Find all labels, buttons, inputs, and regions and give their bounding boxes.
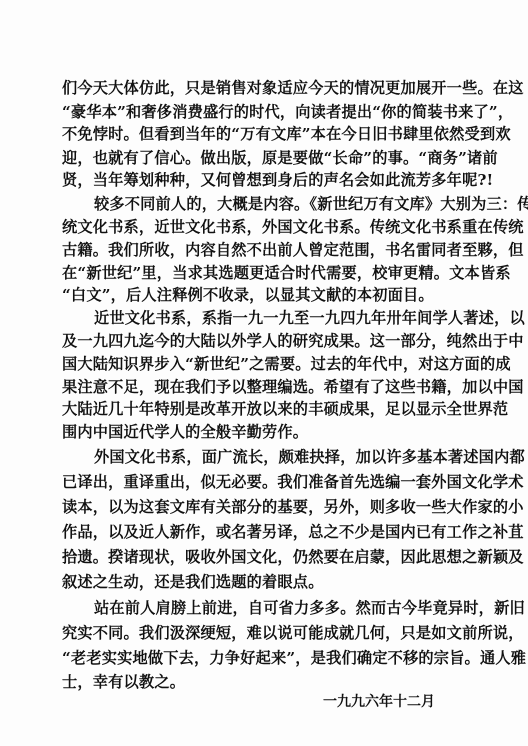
- text-line: 们今天大体仿此，只是销售对象适应今天的情况更加展开一些。在这: [62, 77, 455, 99]
- text-line: 围内中国近代学人的全般辛勤劳作。: [62, 421, 455, 443]
- text-line: 究实不同。我们汲深绠短，难以说可能成就几何，只是如文前所说，: [62, 622, 455, 644]
- text-line: 较多不同前人的，大概是内容。《新世纪万有文库》大别为三：传: [62, 193, 455, 215]
- document-page: 们今天大体仿此，只是销售对象适应今天的情况更加展开一些。在这“豪华本”和奢侈消费…: [0, 0, 528, 746]
- text-line: 大陆近几十年特别是改革开放以来的丰硕成果，足以显示全世界范: [62, 398, 455, 420]
- text-line: 读本，以为这套文库有关部分的基要，另外，则多收一些大作家的小: [62, 496, 455, 518]
- text-line: “老老实实地做下去，力争好起来”，是我们确定不移的宗旨。通人雅: [62, 647, 455, 669]
- text-line: 不免悖时。但看到当年的“万有文库”本在今日旧书肆里依然受到欢: [62, 123, 455, 145]
- text-line: 叙述之生动，还是我们选题的着眼点。: [62, 571, 455, 593]
- signature-date: 一九九六年十二月: [323, 691, 430, 713]
- text-line: 贤，当年筹划种种，又何曾想到身后的声名会如此流芳多年呢?!: [62, 169, 455, 191]
- text-line: 外国文化书系，面广流长，颇难抉择，加以许多基本著述国内都: [62, 446, 455, 468]
- text-line: 站在前人肩膀上前进，自可省力多多。然而古今毕竟异时，新旧: [62, 597, 455, 619]
- text-line: 统文化书系，近世文化书系，外国文化书系。传统文化书系重在传统: [62, 216, 455, 238]
- text-line: 在“新世纪”里，当求其选题更适合时代需要，校审更精。文本皆系: [62, 262, 455, 284]
- text-line: 国大陆知识界步入“新世纪”之需要。过去的年代中，对这方面的成: [62, 353, 455, 375]
- text-line: 及一九四九迄今的大陆以外学人的研究成果。这一部分，纯然出于中: [62, 330, 455, 352]
- text-line: “白文”，后人注释例不收录，以显其文献的本初面目。: [62, 284, 455, 306]
- text-line: 拾遗。揆诸现状，吸收外国文化，仍然要在启蒙，因此思想之新颖及: [62, 546, 455, 568]
- text-line: 迎，也就有了信心。做出版，原是要做“长命”的事。“商务”诸前: [62, 147, 455, 169]
- text-line: “豪华本”和奢侈消费盛行的时代，向读者提出“你的简装书来了”，: [62, 101, 455, 123]
- text-line: 作品，以及近人新作，或名著另译，总之不少是国内已有工作之补苴: [62, 521, 455, 543]
- text-line: 已译出，重译重出，似无必要。我们准备首先选编一套外国文化学术: [62, 471, 455, 493]
- text-line: 古籍。我们所收，内容自然不出前人曾定范围，书名雷同者至夥，但: [62, 239, 455, 261]
- text-line: 士，幸有以教之。: [62, 671, 455, 693]
- text-line: 果注意不足，现在我们予以整理编选。希望有了这些书籍，加以中国: [62, 376, 455, 398]
- text-line: 近世文化书系，系指一九一九至一九四九年卅年间学人著述，以: [62, 307, 455, 329]
